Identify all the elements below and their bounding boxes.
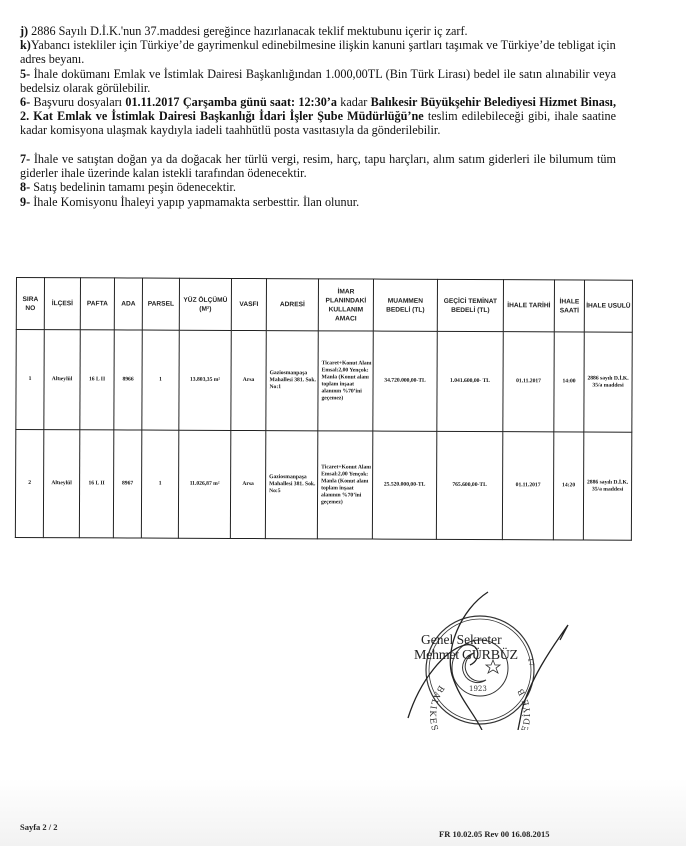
cell-saat: 14:00 — [554, 332, 584, 432]
header-teminat: GEÇİCİ TEMİNAT BEDELİ (TL) — [437, 279, 503, 331]
header-ihale-tarihi: İHALE TARİHİ — [503, 280, 554, 332]
auction-table: SIRA NO İLÇESİ PAFTA ADA PARSEL YÜZ ÖLÇÜ… — [15, 277, 633, 541]
table-row: 2 Altıeylül 16 L II 8967 1 11.026,87 m² … — [15, 430, 631, 541]
cell-teminat: 1.041.600,00- TL — [437, 331, 503, 431]
header-yuzolcum: YÜZ ÖLÇÜMÜ (M²) — [179, 278, 231, 330]
cell-muammen: 25.520.000,00-TL — [372, 431, 436, 539]
cell-tarih: 01.11.2017 — [503, 332, 554, 432]
paragraph-item-6: 6- Başvuru dosyaları 01.11.2017 Çarşamba… — [20, 95, 616, 137]
header-parsel: PARSEL — [142, 278, 179, 330]
cell-sira: 2 — [15, 430, 43, 538]
paragraph-k: k)Yabancı istekliler için Türkiye’de gay… — [20, 38, 616, 66]
form-code: FR 10.02.05 Rev 00 16.08.2015 — [439, 829, 550, 839]
header-vasfi: VASFI — [231, 278, 266, 330]
cell-pafta: 16 L II — [79, 430, 113, 538]
page-number: Sayfa 2 / 2 — [20, 822, 58, 832]
svg-text:1923: 1923 — [469, 685, 487, 693]
cell-ilce: Altıeylül — [44, 330, 80, 430]
header-ihale-usulu: İHALE USULÜ — [584, 280, 632, 332]
paragraph-j: j) 2886 Sayılı D.İ.K.'nun 37.maddesi ger… — [20, 24, 616, 38]
paragraph-item-7: 7- İhale ve satıştan doğan ya da doğacak… — [20, 152, 616, 180]
header-ilce: İLÇESİ — [44, 278, 80, 330]
cell-sira: 1 — [16, 330, 44, 430]
cell-adres: Gaziosmanpaşa Mahallesi 381. Sok. No:5 — [265, 431, 317, 539]
cell-usul: 2886 sayılı D.İ.K. 35/a maddesi — [583, 432, 631, 540]
cell-imar: Ticaret+Konut Alanı Emsal:2,00 Yençok: M… — [317, 431, 372, 539]
header-sira-no: SIRA NO — [16, 278, 44, 330]
document-page: j) 2886 Sayılı D.İ.K.'nun 37.maddesi ger… — [0, 0, 686, 846]
paragraph-item-8: 8- Satış bedelinin tamamı peşin ödenecek… — [20, 180, 616, 194]
cell-usul: 2886 sayılı D.İ.K. 35/a maddesi — [584, 332, 632, 432]
cell-saat: 14:20 — [553, 432, 583, 540]
signatory-title: Genel Sekreter — [421, 632, 502, 648]
cell-vasif: Arsa — [230, 430, 265, 538]
header-muammen: MUAMMEN BEDELİ (TL) — [373, 279, 437, 331]
cell-pafta: 16 L II — [80, 330, 114, 430]
paragraph-item-5: 5- İhale dokümanı Emlak ve İstimlak Dair… — [20, 67, 616, 95]
header-adresi: ADRESİ — [266, 279, 318, 331]
header-ada: ADA — [114, 278, 142, 330]
cell-muammen: 34.720.000,00-TL — [373, 331, 437, 431]
cell-parsel: 1 — [141, 430, 178, 538]
cell-ada: 8966 — [114, 330, 142, 430]
cell-parsel: 1 — [142, 330, 179, 430]
cell-ilce: Altıeylül — [43, 430, 79, 538]
cell-teminat: 765.600,00-TL — [436, 431, 502, 539]
cell-imar: Ticaret+Konut Alanı Emsal:2,00 Yençok: M… — [318, 331, 373, 431]
paragraph-item-9: 9- İhale Komisyonu İhaleyi yapıp yapmama… — [20, 195, 616, 209]
cell-yuzolcum: 11.026,87 m² — [178, 430, 230, 538]
cell-vasif: Arsa — [231, 330, 266, 430]
cell-adres: Gaziosmanpaşa Mahallesi 381. Sok. No:1 — [266, 331, 318, 431]
table-header-row: SIRA NO İLÇESİ PAFTA ADA PARSEL YÜZ ÖLÇÜ… — [16, 278, 632, 333]
header-ihale-saati: İHALE SAATİ — [554, 280, 584, 332]
signatory-name: Mehmet GÜRBÜZ — [414, 648, 518, 664]
header-imar: İMAR PLANINDAKİ KULLANIM AMACI — [318, 279, 373, 331]
header-pafta: PAFTA — [80, 278, 114, 330]
cell-yuzolcum: 13.803,35 m² — [179, 330, 231, 430]
svg-text:17: 17 — [526, 657, 535, 667]
cell-tarih: 01.11.2017 — [502, 432, 553, 540]
cell-ada: 8967 — [113, 430, 141, 538]
table-row: 1 Altıeylül 16 L II 8966 1 13.803,35 m² … — [16, 330, 632, 433]
